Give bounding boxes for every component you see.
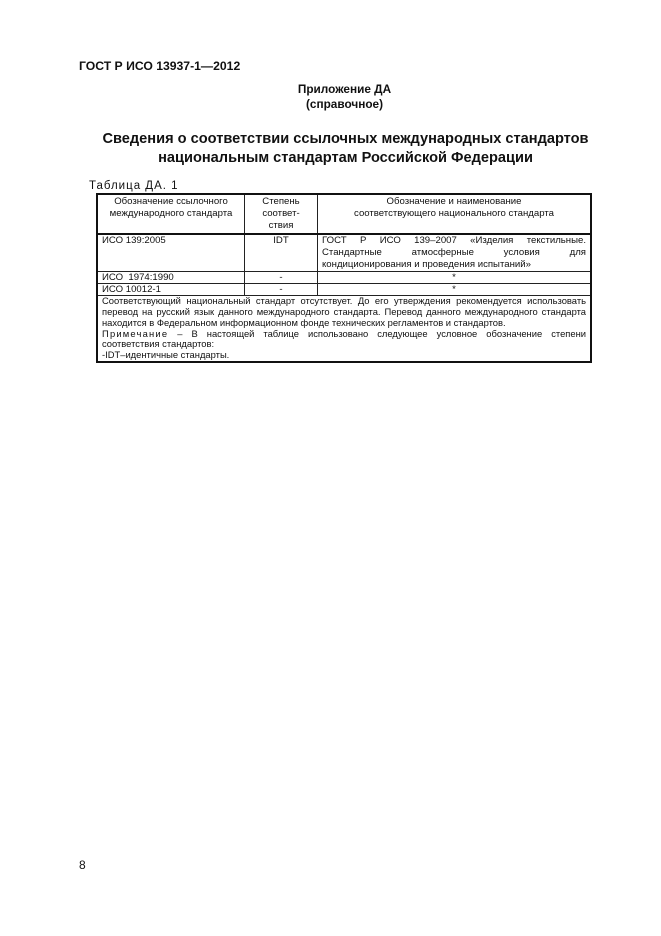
note-label: Примечание (102, 328, 168, 339)
cell-international: ИСО 10012-1 (97, 284, 245, 296)
table-header-row: Обозначение ссылочного международного ст… (97, 194, 591, 234)
note-item: -IDT–идентичные стандарты. (102, 350, 586, 361)
cell-national: * (318, 284, 592, 296)
title-line-2: национальным стандартам Российской Федер… (30, 149, 661, 168)
page-number: 8 (79, 858, 86, 872)
annex-heading: Приложение ДА (справочное) (0, 82, 661, 112)
column-header-degree: Степень соответ- ствия (245, 194, 318, 234)
cell-degree: - (245, 272, 318, 284)
cell-degree: - (245, 284, 318, 296)
cell-national: * (318, 272, 592, 284)
table-row: ИСО 10012-1 - * (97, 284, 591, 296)
table-row: ИСО 139:2005 IDT ГОСТ Р ИСО 139–2007 «Из… (97, 234, 591, 272)
column-header-international: Обозначение ссылочного международного ст… (97, 194, 245, 234)
annex-name: Приложение ДА (28, 82, 661, 97)
page-title: Сведения о соответствии ссылочных междун… (0, 130, 661, 168)
document-code: ГОСТ Р ИСО 13937-1—2012 (79, 59, 240, 73)
column-header-national: Обозначение и наименование соответствующ… (318, 194, 592, 234)
table-footer: Соответствующий национальный стандарт от… (97, 296, 591, 362)
cell-degree: IDT (245, 234, 318, 272)
cell-international: ИСО 139:2005 (97, 234, 245, 272)
correspondence-table: Обозначение ссылочного международного ст… (96, 193, 592, 363)
cell-international: ИСО 1974:1990 (97, 272, 245, 284)
note-text: – В настоящей таблице использовано следу… (102, 328, 586, 350)
title-line-1: Сведения о соответствии ссылочных междун… (30, 130, 661, 149)
table-row: ИСО 1974:1990 - * (97, 272, 591, 284)
table-footer-row: Соответствующий национальный стандарт от… (97, 296, 591, 362)
cell-national: ГОСТ Р ИСО 139–2007 «Изделия текстильные… (318, 234, 592, 272)
table-caption: Таблица ДА. 1 (89, 180, 179, 192)
annex-type: (справочное) (28, 97, 661, 112)
footnote: Соответствующий национальный стандарт от… (102, 296, 586, 328)
table-note: Примечание – В настоящей таблице использ… (102, 329, 586, 351)
